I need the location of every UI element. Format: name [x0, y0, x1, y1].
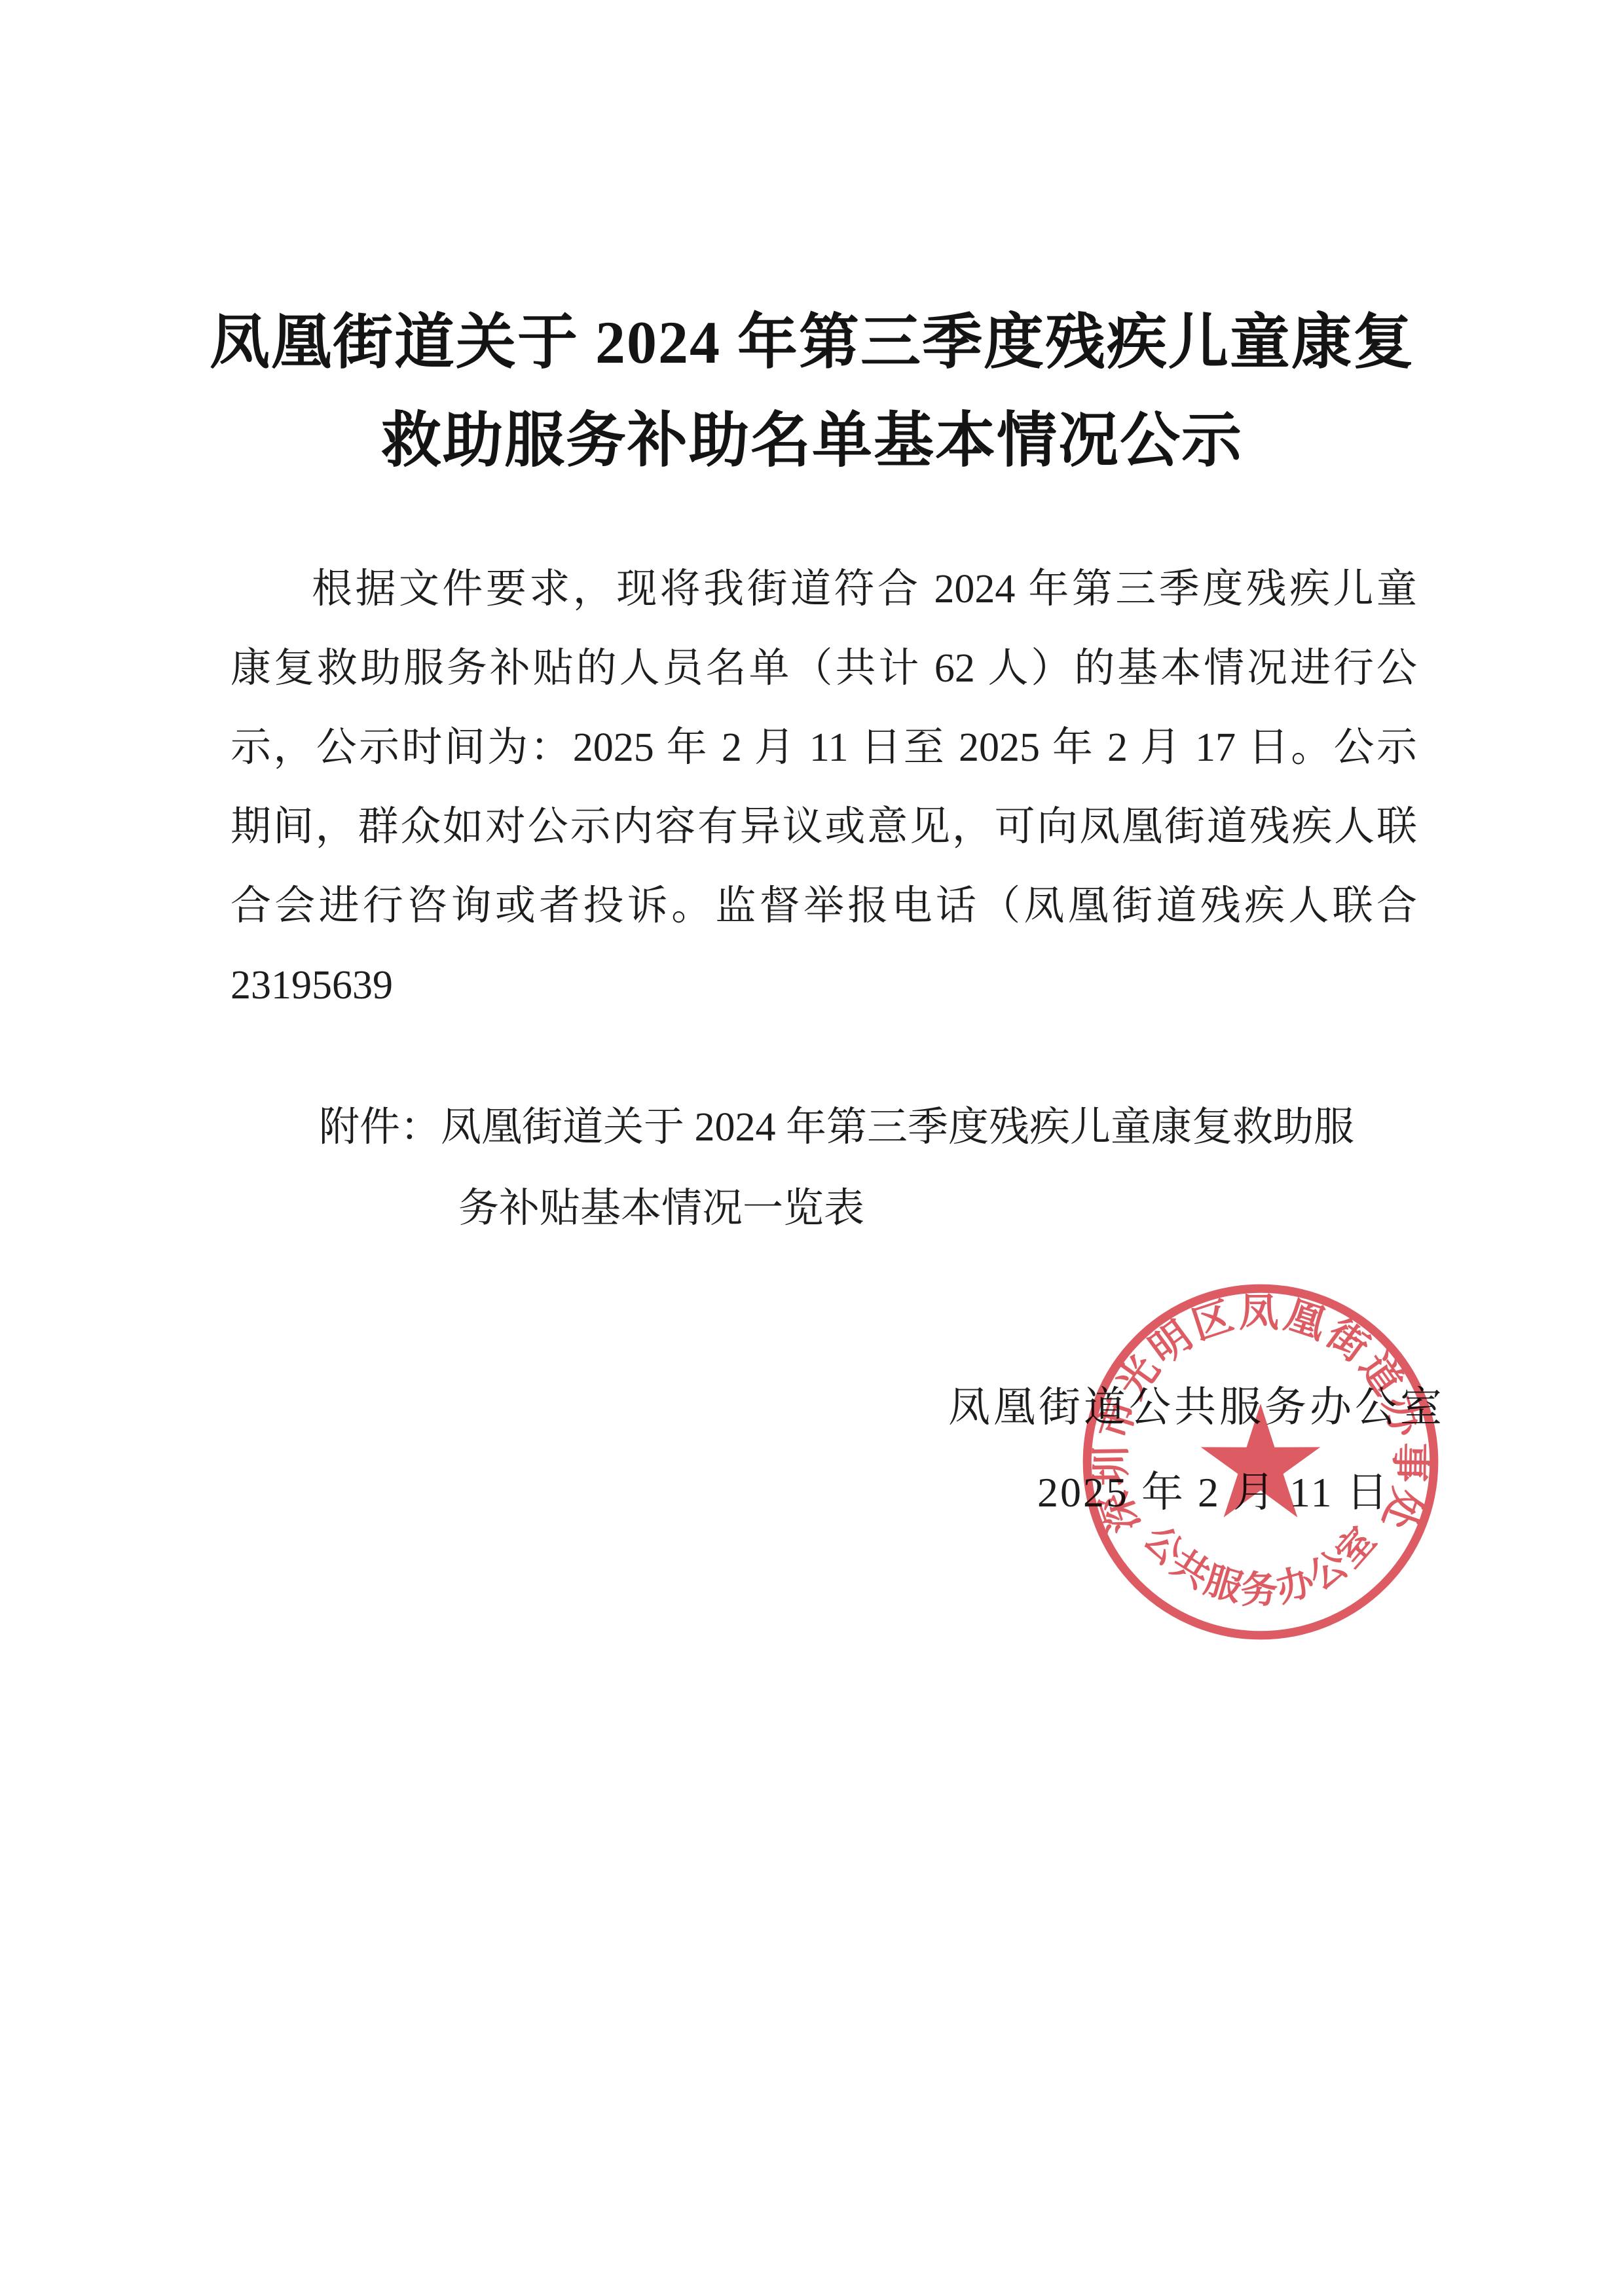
document-title-line-1: 凤凰街道关于 2024 年第三季度残疾儿童康复: [0, 293, 1624, 392]
official-red-seal: 深圳市光明区凤凰街道办事处 公共服务办公室: [1075, 1277, 1446, 1647]
seal-ring-text-bottom: 公共服务办公室: [1135, 1518, 1386, 1611]
body-paragraph-line: 康复救助服务补贴的人员名单（共计 62 人）的基本情况进行公: [231, 629, 1417, 708]
seal-graphic: 深圳市光明区凤凰街道办事处 公共服务办公室: [1075, 1277, 1446, 1647]
body-paragraph-line: 期间，群众如对公示内容有异议或意见，可向凤凰街道残疾人联: [231, 788, 1417, 867]
attachment-note-line-2: 务补贴基本情况一览表: [458, 1169, 864, 1248]
document-title-line-2: 救助服务补助名单基本情况公示: [0, 392, 1624, 490]
body-paragraph-line: 示，公示时间为：2025 年 2 月 11 日至 2025 年 2 月 17 日…: [231, 708, 1417, 788]
body-paragraph-line: 23195639: [231, 946, 1417, 1025]
body-paragraph-line: 根据文件要求，现将我街道符合 2024 年第三季度残疾儿童: [231, 550, 1417, 629]
body-paragraph: 根据文件要求，现将我街道符合 2024 年第三季度残疾儿童康复救助服务补贴的人员…: [231, 550, 1417, 1025]
svg-text:公共服务办公室: 公共服务办公室: [1135, 1518, 1386, 1611]
announcement-document-page: 凤凰街道关于 2024 年第三季度残疾儿童康复 救助服务补助名单基本情况公示 根…: [0, 0, 1624, 2296]
body-paragraph-line: 合会进行咨询或者投诉。监督举报电话（凤凰街道残疾人联合会）：: [231, 867, 1417, 946]
document-title: 凤凰街道关于 2024 年第三季度残疾儿童康复 救助服务补助名单基本情况公示: [0, 293, 1624, 490]
attachment-note-line-1: 附件：凤凰街道关于 2024 年第三季度残疾儿童康复救助服: [319, 1088, 1354, 1167]
seal-star-icon: [1201, 1404, 1321, 1518]
